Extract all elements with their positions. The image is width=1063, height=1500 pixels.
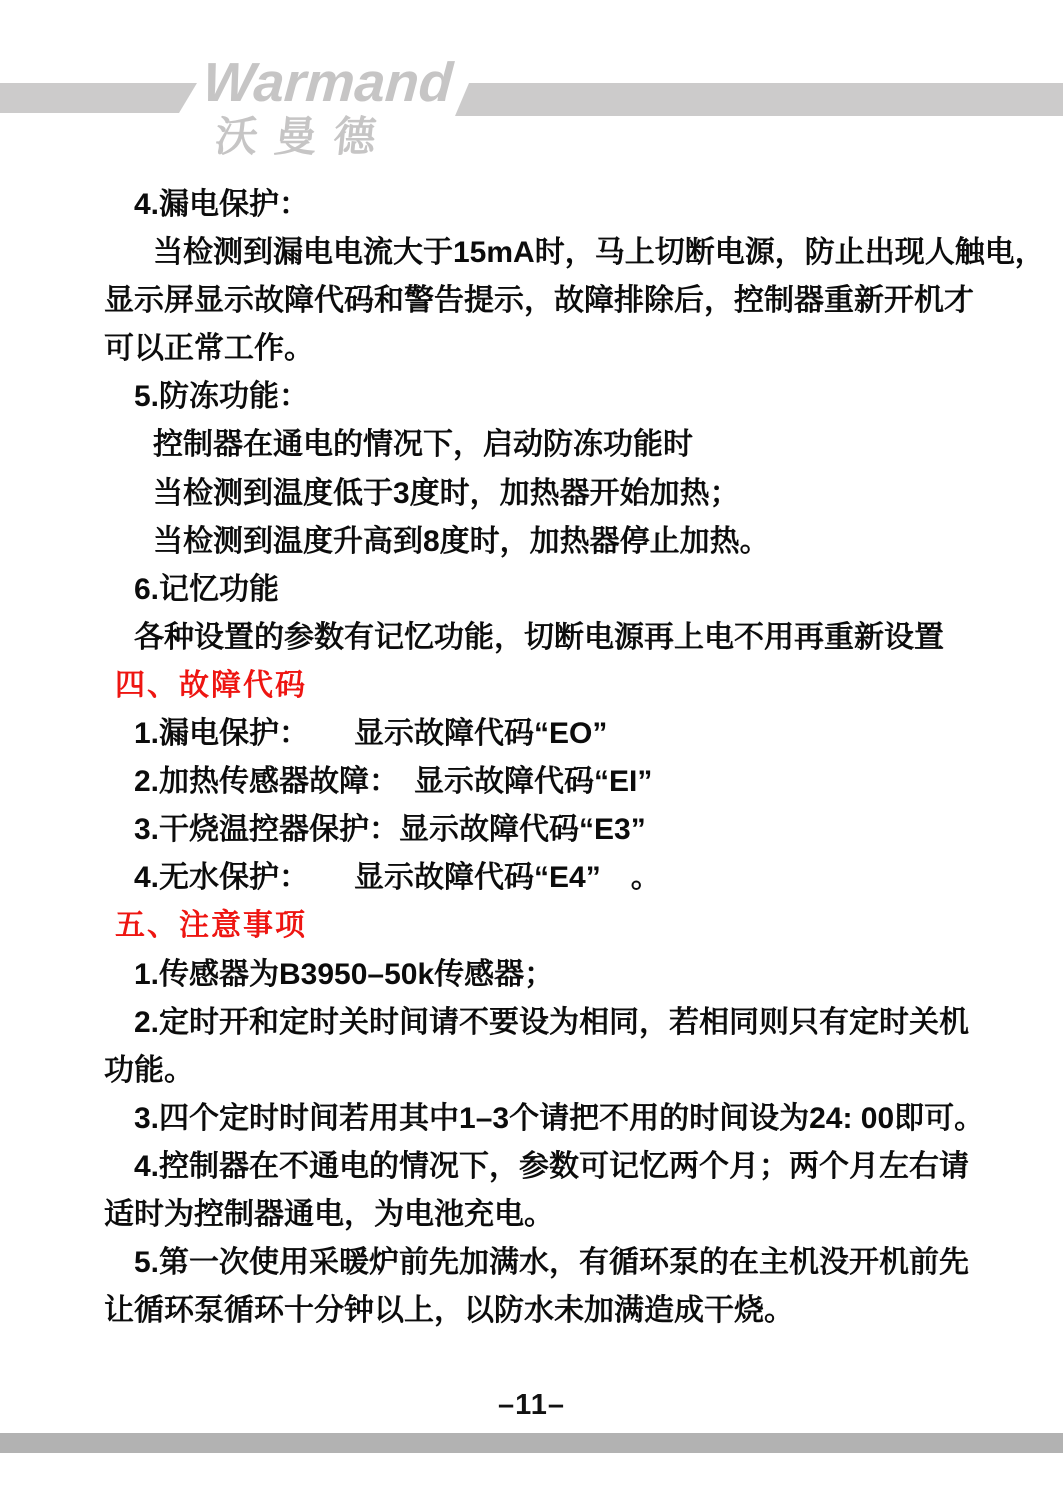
text-line: 1.漏电保护： 显示故障代码“EO”	[104, 710, 974, 758]
text-line: 适时为控制器通电，为电池充电。	[104, 1191, 974, 1239]
text-line: 4.无水保护： 显示故障代码“E4” 。	[104, 854, 974, 902]
text-line: 4.漏电保护：	[104, 181, 974, 229]
text-line: 各种设置的参数有记忆功能，切断电源再上电不用再重新设置	[104, 614, 974, 662]
manual-page: Warmand 沃曼德 4.漏电保护：当检测到漏电电流大于15mA时，马上切断电…	[0, 0, 1063, 1500]
page-number: –11–	[0, 1389, 1063, 1422]
text-line: 可以正常工作。	[104, 325, 974, 373]
section-heading: 四、故障代码	[104, 662, 974, 710]
header-left-stripe	[0, 83, 197, 113]
text-line: 3.四个定时时间若用其中1–3个请把不用的时间设为24: 00即可。	[104, 1095, 974, 1143]
text-line: 当检测到漏电电流大于15mA时，马上切断电源，防止出现人触电，	[104, 229, 974, 277]
text-line: 4.控制器在不通电的情况下，参数可记忆两个月；两个月左右请	[104, 1143, 974, 1191]
text-line: 3.干烧温控器保护：显示故障代码“E3”	[104, 806, 974, 854]
text-line: 当检测到温度低于3度时，加热器开始加热；	[104, 470, 974, 518]
text-line: 功能。	[104, 1047, 974, 1095]
text-line: 1.传感器为B3950–50k传感器；	[104, 951, 974, 999]
text-line: 6.记忆功能	[104, 566, 974, 614]
manual-text-block: 4.漏电保护：当检测到漏电电流大于15mA时，马上切断电源，防止出现人触电，显示…	[104, 181, 974, 1335]
text-line: 2.加热传感器故障： 显示故障代码“EI”	[104, 758, 974, 806]
text-line: 5.第一次使用采暖炉前先加满水，有循环泵的在主机没开机前先	[104, 1239, 974, 1287]
brand-logo-chinese: 沃曼德	[213, 104, 396, 164]
header-right-stripe	[455, 83, 1063, 116]
text-line: 让循环泵循环十分钟以上，以防水未加满造成干烧。	[104, 1287, 974, 1335]
text-line: 2.定时开和定时关时间请不要设为相同，若相同则只有定时关机	[104, 999, 974, 1047]
text-line: 显示屏显示故障代码和警告提示，故障排除后，控制器重新开机才	[104, 277, 974, 325]
text-line: 控制器在通电的情况下，启动防冻功能时	[104, 421, 974, 469]
text-line: 当检测到温度升高到8度时，加热器停止加热。	[104, 518, 974, 566]
footer-stripe	[0, 1433, 1063, 1453]
text-line: 5.防冻功能：	[104, 373, 974, 421]
section-heading: 五、注意事项	[104, 902, 974, 950]
